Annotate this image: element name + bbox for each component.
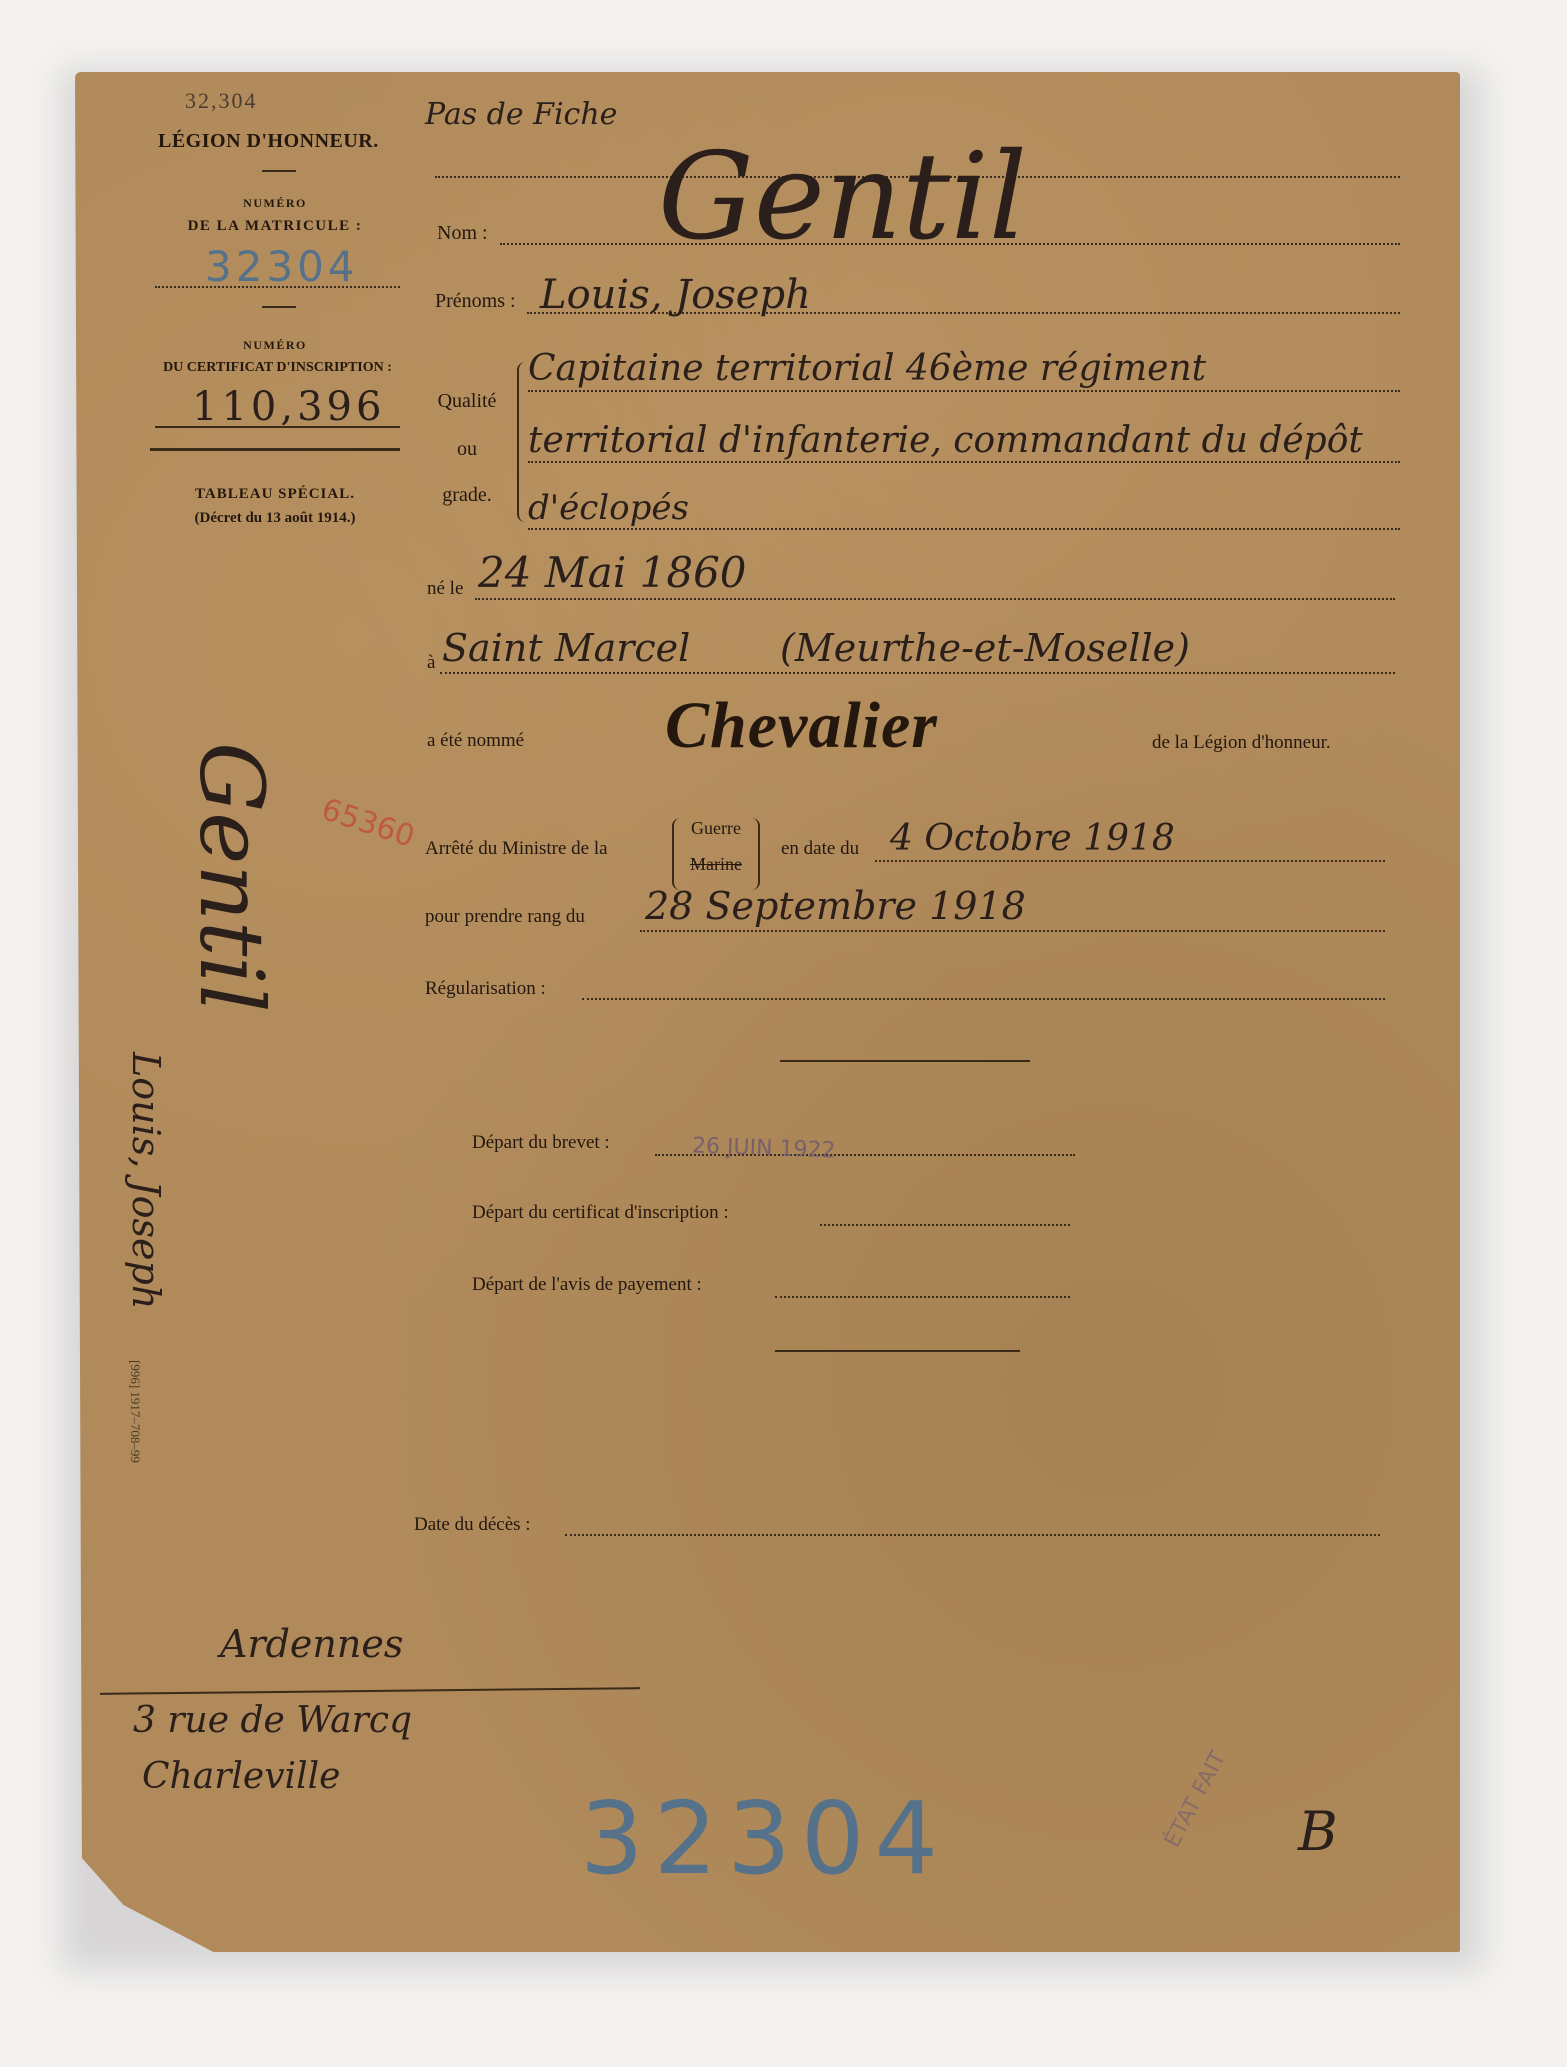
ministry-option-guerre: Guerre xyxy=(680,818,752,839)
birth-place-line xyxy=(440,672,1395,674)
printer-mark: [996] 1917–708–99 xyxy=(127,1360,143,1463)
depart-brevet-stamp: 26 JUIN 1922 xyxy=(692,1134,836,1164)
header-divider xyxy=(262,170,296,172)
address-line-1: 3 rue de Warcq xyxy=(133,1700,412,1741)
address-line-2: Charleville xyxy=(142,1756,340,1797)
qualite-rule-1 xyxy=(528,390,1400,392)
qualite-line-1: Capitaine territorial 46ème régiment xyxy=(528,348,1206,389)
birth-date-line xyxy=(475,598,1395,600)
depart-brevet-label: Départ du brevet : xyxy=(472,1132,610,1154)
pas-de-fiche-note: Pas de Fiche xyxy=(425,97,617,132)
matricule-label: DE LA MATRICULE : xyxy=(150,218,400,235)
rang-date-value: 28 Septembre 1918 xyxy=(645,884,1026,928)
rang-date-line xyxy=(640,930,1385,932)
matricule-handwritten: 32304 xyxy=(205,242,359,291)
birth-department-value: (Meurthe-et-Moselle) xyxy=(780,626,1190,670)
nom-label: Nom : xyxy=(437,222,488,245)
ministry-option-marine: Marine xyxy=(680,854,752,875)
qualite-line-2: territorial d'infanterie, commandant du … xyxy=(528,420,1363,461)
prenoms-value: Louis, Joseph xyxy=(540,272,811,318)
nom-value: Gentil xyxy=(658,128,1027,267)
grade-label: grade. xyxy=(432,484,502,507)
tableau-special-label: TABLEAU SPÉCIAL. xyxy=(150,486,400,503)
ministry-brace-right xyxy=(752,818,760,890)
bottom-blue-number: 32304 xyxy=(580,1780,948,1897)
depart-avis-label: Départ de l'avis de payement : xyxy=(472,1274,702,1296)
qualite-line-3: d'éclopés xyxy=(528,488,689,528)
arrete-date-line xyxy=(875,860,1385,862)
initial-mark: B xyxy=(1298,1800,1338,1863)
depart-avis-line xyxy=(775,1296,1070,1298)
decret-label: (Décret du 13 août 1914.) xyxy=(150,510,400,527)
numero-label-1: NUMÉRO xyxy=(150,196,400,211)
depart-certificat-line xyxy=(820,1224,1070,1226)
rank-title: Chevalier xyxy=(665,688,938,764)
printed-matricule-number: 32,304 xyxy=(185,88,258,114)
numero-label-2: NUMÉRO xyxy=(150,338,400,353)
qualite-label: Qualité xyxy=(432,390,502,413)
department-name: Ardennes xyxy=(220,1622,403,1666)
prenoms-label: Prénoms : xyxy=(435,290,516,313)
certificat-label: DU CERTIFICAT D'INSCRIPTION : xyxy=(145,360,410,376)
ne-le-label: né le xyxy=(427,578,463,600)
section-divider-1 xyxy=(780,1060,1030,1062)
certificat-value: 110,396 xyxy=(192,384,385,430)
legion-header: LÉGION D'HONNEUR. xyxy=(158,130,379,153)
section-divider-2 xyxy=(775,1350,1020,1352)
arrete-date-value: 4 Octobre 1918 xyxy=(890,818,1175,859)
qualite-rule-2 xyxy=(528,461,1400,463)
matricule-divider xyxy=(262,306,296,308)
depart-certificat-label: Départ du certificat d'inscription : xyxy=(472,1202,729,1224)
vertical-firstnames: Louis, Joseph xyxy=(124,1052,168,1309)
birth-place-value: Saint Marcel xyxy=(442,626,690,670)
certificat-double-line xyxy=(150,448,400,451)
legion-honneur-label: de la Légion d'honneur. xyxy=(1152,732,1331,754)
rang-label: pour prendre rang du xyxy=(425,906,585,928)
arrete-label: Arrêté du Ministre de la xyxy=(425,838,608,860)
certificat-line xyxy=(155,426,400,428)
matricule-line xyxy=(155,286,400,288)
a-label: à xyxy=(427,652,435,674)
regularisation-label: Régularisation : xyxy=(425,978,546,1000)
ou-label: ou xyxy=(432,438,502,461)
ministry-brace-left xyxy=(672,818,680,890)
birth-date-value: 24 Mai 1860 xyxy=(478,548,747,597)
deces-label: Date du décès : xyxy=(414,1514,531,1536)
qualite-rule-3 xyxy=(528,528,1400,530)
regularisation-line xyxy=(582,998,1385,1000)
nomme-label: a été nommé xyxy=(427,730,524,752)
vertical-surname: Gentil xyxy=(180,742,283,1013)
qualite-brace xyxy=(517,362,525,522)
deces-line xyxy=(565,1534,1380,1536)
en-date-label: en date du xyxy=(781,838,859,860)
